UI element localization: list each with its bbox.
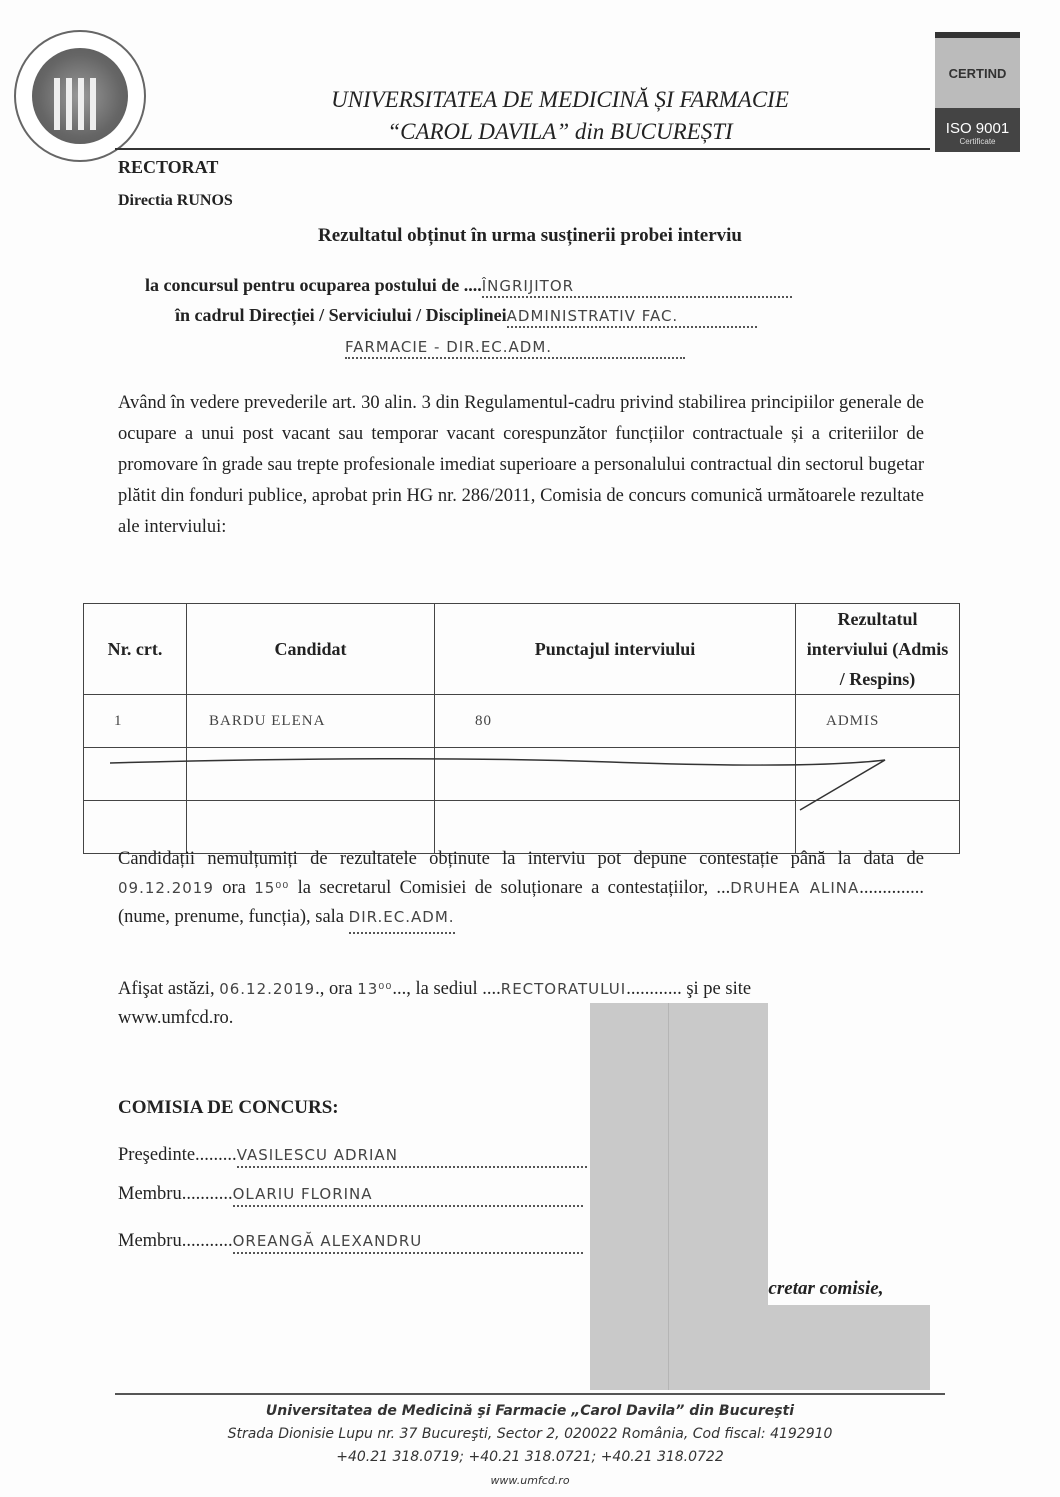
cell-score: 80 [435, 695, 796, 748]
posted-place-label: ..., la sediul .... [392, 979, 500, 999]
post-label: la concursul pentru ocuparea postului de… [145, 275, 482, 295]
department-label: RECTORAT [118, 157, 218, 178]
contest-date: 09.12.2019 [118, 879, 214, 897]
committee-title: COMISIA DE CONCURS: [118, 1097, 339, 1119]
university-line1: UNIVERSITATEA DE MEDICINĂ ȘI FARMACIE [180, 84, 940, 116]
footer-website[interactable]: www.umfcd.ro [0, 1469, 1060, 1492]
iso-label: ISO 9001 [935, 108, 1020, 137]
footer-address: Strada Dionisie Lupu nr. 37 Bucureşti, S… [0, 1423, 1060, 1446]
header-nr: Nr. crt. [84, 604, 187, 695]
secretary-label: ecretar comisie, [760, 1278, 883, 1300]
results-table: Nr. crt. Candidat Punctajul interviului … [83, 603, 960, 854]
cert-label: CERTIND [935, 38, 1020, 108]
contestation-paragraph: Candidații nemulțumiți de rezultatele ob… [118, 845, 924, 934]
member-name: OREANGĂ ALEXANDRU [233, 1232, 423, 1250]
cell-candidate [187, 748, 435, 801]
university-title: UNIVERSITATEA DE MEDICINĂ ȘI FARMACIE “C… [180, 84, 940, 148]
posted-date: 06.12.2019 [219, 980, 315, 998]
contest-hour: 15⁰⁰ [254, 879, 289, 897]
legal-paragraph: Având în vedere prevederile art. 30 alin… [118, 388, 924, 543]
contest-person: DRUHEA ALINA [730, 879, 859, 897]
cell-nr: 1 [84, 695, 187, 748]
posted-paragraph: Afişat astăzi, 06.12.2019., ora 13⁰⁰...,… [118, 975, 924, 1033]
member-role: Membru........... [118, 1231, 233, 1251]
post-line: la concursul pentru ocuparea postului de… [145, 275, 792, 298]
contest-text-3: la secretarul Comisiei de soluționare a … [298, 878, 731, 898]
cell-result: ADMIS [796, 695, 960, 748]
table-header-row: Nr. crt. Candidat Punctajul interviului … [84, 604, 960, 695]
contest-text-2: ora [222, 878, 246, 898]
member-name: OLARIU FLORINA [233, 1185, 373, 1203]
header-result: Rezultatul interviului (Admis / Respins) [796, 604, 960, 695]
cert-caption: Certificate [935, 137, 1020, 146]
posted-site-label: ............ şi pe site [626, 979, 751, 999]
member-name: VASILESCU ADRIAN [237, 1146, 398, 1164]
redaction-seam [668, 1003, 669, 1390]
contest-room: DIR.EC.ADM. [349, 903, 455, 934]
direction-label-text: în cadrul Direcției / Serviciului / Disc… [175, 305, 507, 325]
posted-place: RECTORATULUI [501, 980, 626, 998]
university-line2: “CAROL DAVILA” din BUCUREȘTI [180, 116, 940, 148]
post-value: ÎNGRIJITOR [482, 277, 574, 295]
cell-candidate: BARDU ELENA [187, 695, 435, 748]
university-seal-icon [14, 30, 146, 162]
posted-hour-label: ., ora [315, 979, 353, 999]
committee-member: Membru...........OREANGĂ ALEXANDRU [118, 1231, 583, 1254]
direction-line: în cadrul Direcției / Serviciului / Disc… [175, 305, 757, 328]
direction-label: Directia RUNOS [118, 192, 233, 210]
contest-text-1: Candidații nemulțumiți de rezultatele ob… [118, 849, 924, 869]
header-candidate: Candidat [187, 604, 435, 695]
member-role: Membru........... [118, 1184, 233, 1204]
footer-divider [115, 1393, 945, 1395]
member-role: Preşedinte......... [118, 1145, 237, 1165]
footer-university: Universitatea de Medicină şi Farmacie „C… [0, 1400, 1060, 1423]
cell-result [796, 748, 960, 801]
cell-nr [84, 748, 187, 801]
footer-phones: +40.21 318.0719; +40.21 318.0721; +40.21… [0, 1446, 1060, 1469]
redaction-block [590, 1003, 768, 1390]
redaction-block [768, 1305, 930, 1390]
direction-line-2: FARMACIE - DIR.EC.ADM. [345, 336, 685, 359]
table-row: 1 BARDU ELENA 80 ADMIS [84, 695, 960, 748]
posted-label: Afişat astăzi, [118, 979, 215, 999]
header-divider [115, 148, 930, 150]
certind-iso-badge-icon: CERTIND ISO 9001 Certificate [935, 32, 1020, 152]
header-score: Punctajul interviului [435, 604, 796, 695]
table-row [84, 748, 960, 801]
document-title: Rezultatul obținut în urma susținerii pr… [0, 225, 1060, 247]
direction-value-2: FARMACIE - DIR.EC.ADM. [345, 338, 552, 356]
posted-hour: 13⁰⁰ [357, 980, 392, 998]
committee-member: Membru...........OLARIU FLORINA [118, 1184, 583, 1207]
direction-value: ADMINISTRATIV FAC. [507, 307, 679, 325]
posted-site[interactable]: www.umfcd.ro. [118, 1008, 233, 1028]
footer: Universitatea de Medicină şi Farmacie „C… [0, 1400, 1060, 1492]
committee-member: Preşedinte.........VASILESCU ADRIAN [118, 1145, 587, 1168]
cell-score [435, 748, 796, 801]
